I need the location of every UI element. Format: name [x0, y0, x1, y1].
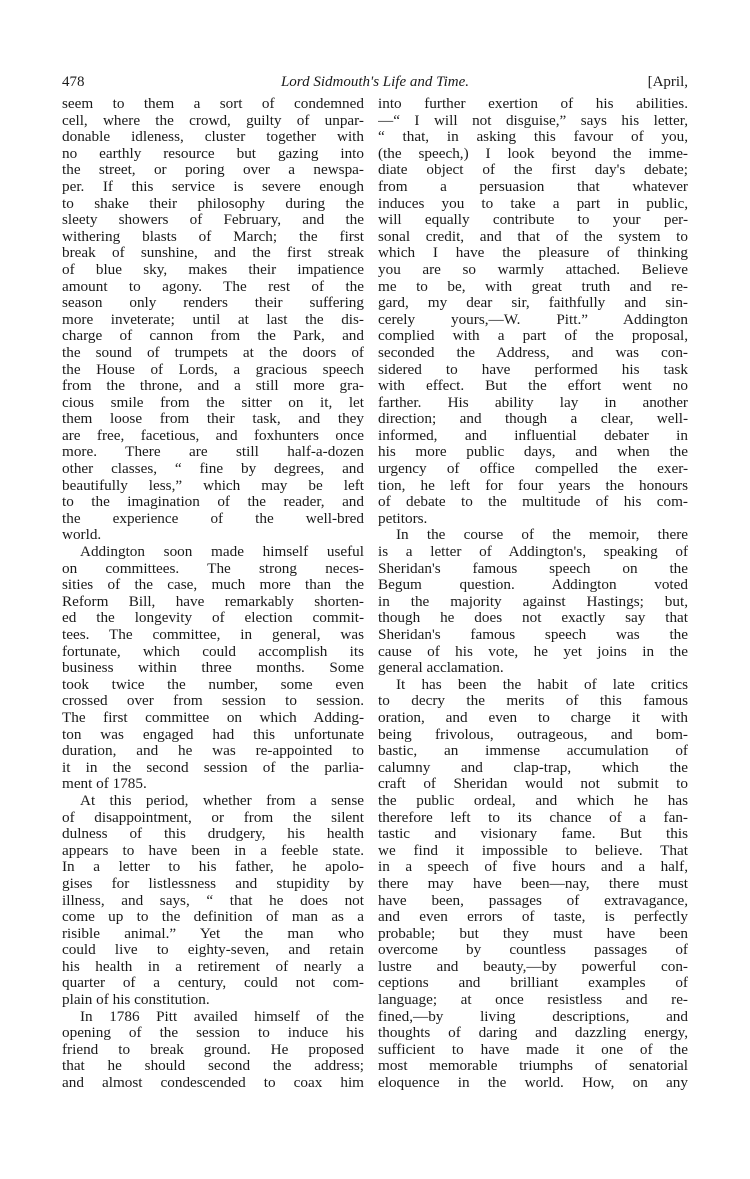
text-line: tion, he left for four years the honours [378, 478, 688, 495]
text-line: oration, and even to charge it with [378, 710, 688, 727]
text-line: Sheridan's famous speech on the [378, 561, 688, 578]
text-line: informed, and influential debater in [378, 428, 688, 445]
text-line: lustre and beauty,—by powerful con- [378, 959, 688, 976]
text-line: fined,—by living descriptions, and [378, 1009, 688, 1026]
text-line: it in the second session of the parlia- [62, 760, 364, 777]
running-month: [April, [648, 72, 688, 92]
text-line: fortunate, which could accomplish its [62, 644, 364, 661]
text-line: tastic and visionary fame. But this [378, 826, 688, 843]
text-line: cause of his vote, he yet joins in the [378, 644, 688, 661]
text-line: seconded the Address, and was con- [378, 345, 688, 362]
text-line: diate object of the first day's debate; [378, 162, 688, 179]
right-column: into further exertion of his abilities.—… [378, 96, 688, 1092]
text-line: them loose from their task, and they [62, 411, 364, 428]
text-line: therefore left to its chance of a fan- [378, 810, 688, 827]
text-line: appears to have been in a feeble state. [62, 843, 364, 860]
text-line: dulness of this drudgery, his health [62, 826, 364, 843]
text-line: the street, or poring over a newspa- [62, 162, 364, 179]
text-line: the experience of the well-bred [62, 511, 364, 528]
text-line: season only renders their suffering [62, 295, 364, 312]
text-line: cerely yours,—W. Pitt.” Addington [378, 312, 688, 329]
text-line: probable; but they must have been [378, 926, 688, 943]
text-line: petitors. [378, 511, 688, 528]
text-line: gard, my dear sir, faithfully and sin- [378, 295, 688, 312]
text-line: of blue sky, makes their impatience [62, 262, 364, 279]
text-line: to decry the merits of this famous [378, 693, 688, 710]
text-line: break of sunshine, and the first streak [62, 245, 364, 262]
text-line: (the speech,) I look beyond the imme- [378, 146, 688, 163]
text-line: Addington soon made himself useful [62, 544, 364, 561]
text-line: will equally contribute to your per- [378, 212, 688, 229]
text-line: the public ordeal, and which he has [378, 793, 688, 810]
text-line: are free, facetious, and foxhunters once [62, 428, 364, 445]
text-line: gises for listlessness and stupidity by [62, 876, 364, 893]
text-line: language; at once resistless and re- [378, 992, 688, 1009]
text-line: his health in a retirement of nearly a [62, 959, 364, 976]
text-line: urgency of office compelled the exer- [378, 461, 688, 478]
text-line: we find it impossible to believe. That [378, 843, 688, 860]
text-line: In a letter to his father, he apolo- [62, 859, 364, 876]
text-line: world. [62, 527, 364, 544]
text-line: sufficient to have made it one of the [378, 1042, 688, 1059]
page-header: 478 Lord Sidmouth's Life and Time. [Apri… [62, 72, 688, 92]
text-line: plain of his constitution. [62, 992, 364, 1009]
text-line: induces you to take a part in public, [378, 196, 688, 213]
text-line: and almost condescended to coax him [62, 1075, 364, 1092]
text-line: business within three months. Some [62, 660, 364, 677]
text-line: eloquence in the world. How, on any [378, 1075, 688, 1092]
text-line: me to be, with great truth and re- [378, 279, 688, 296]
text-line: and even errors of taste, is perfectly [378, 909, 688, 926]
text-line: other classes, “ fine by degrees, and [62, 461, 364, 478]
text-line: In the course of the memoir, there [378, 527, 688, 544]
text-line: took twice the number, some even [62, 677, 364, 694]
text-line: from the throne, and a still more gra- [62, 378, 364, 395]
text-line: crossed over from session to session. [62, 693, 364, 710]
text-line: that he should second the address; [62, 1058, 364, 1075]
text-line: calumny and clap-trap, which the [378, 760, 688, 777]
text-line: per. If this service is severe enough [62, 179, 364, 196]
text-line: general acclamation. [378, 660, 688, 677]
text-line: cell, where the crowd, guilty of unpar- [62, 113, 364, 130]
text-line: Sheridan's famous speech was the [378, 627, 688, 644]
text-line: sonal credit, and that of the system to [378, 229, 688, 246]
text-line: on committees. The strong neces- [62, 561, 364, 578]
text-line: his more public days, and when the [378, 444, 688, 461]
text-line: The first committee on which Adding- [62, 710, 364, 727]
text-line: the House of Lords, a gracious speech [62, 362, 364, 379]
text-line: craft of Sheridan would not submit to [378, 776, 688, 793]
text-line: there may have been—nay, there must [378, 876, 688, 893]
text-line: overcome by countless passages of [378, 942, 688, 959]
text-line: Reform Bill, have remarkably shorten- [62, 594, 364, 611]
text-line: more inveterate; until at last the dis- [62, 312, 364, 329]
text-line: come up to the definition of man as a [62, 909, 364, 926]
text-line: complied with a part of the proposal, [378, 328, 688, 345]
text-line: more. There are still half-a-dozen [62, 444, 364, 461]
text-line: to the imagination of the reader, and [62, 494, 364, 511]
running-title: Lord Sidmouth's Life and Time. [62, 72, 688, 92]
text-line: no earthly resource but gazing into [62, 146, 364, 163]
text-line: amount to agony. The rest of the [62, 279, 364, 296]
text-line: of debate to the multitude of his com- [378, 494, 688, 511]
text-line: though he does not exactly say that [378, 610, 688, 627]
text-line: donable idleness, cluster together with [62, 129, 364, 146]
text-line: from a persuasion that whatever [378, 179, 688, 196]
text-line: duration, and he was re-appointed to [62, 743, 364, 760]
text-line: opening of the session to induce his [62, 1025, 364, 1042]
text-line: bastic, an immense accumulation of [378, 743, 688, 760]
text-line: withering blasts of March; the first [62, 229, 364, 246]
text-line: “ that, in asking this favour of you, [378, 129, 688, 146]
text-line: It has been the habit of late critics [378, 677, 688, 694]
text-line: ment of 1785. [62, 776, 364, 793]
text-line: —“ I will not disguise,” says his letter… [378, 113, 688, 130]
text-line: could live to eighty-seven, and retain [62, 942, 364, 959]
text-line: which I have the pleasure of thinking [378, 245, 688, 262]
text-line: with effect. But the effort went no [378, 378, 688, 395]
text-line: ed the longevity of election commit- [62, 610, 364, 627]
text-line: thoughts of daring and dazzling energy, [378, 1025, 688, 1042]
text-line: being frivolous, outrageous, and bom- [378, 727, 688, 744]
text-line: At this period, whether from a sense [62, 793, 364, 810]
text-line: seem to them a sort of condemned [62, 96, 364, 113]
text-line: in a speech of five hours and a half, [378, 859, 688, 876]
text-line: sities of the case, much more than the [62, 577, 364, 594]
text-line: quarter of a century, could not com- [62, 975, 364, 992]
text-line: have been, passages of extravagance, [378, 893, 688, 910]
text-line: ton was engaged had this unfortunate [62, 727, 364, 744]
left-column: seem to them a sort of condemnedcell, wh… [62, 96, 364, 1092]
text-line: charge of cannon from the Park, and [62, 328, 364, 345]
text-line: sleety showers of February, and the [62, 212, 364, 229]
text-line: sidered to have performed his task [378, 362, 688, 379]
text-line: illness, and says, “ that he does not [62, 893, 364, 910]
text-line: direction; and though a clear, well- [378, 411, 688, 428]
text-line: most memorable triumphs of senatorial [378, 1058, 688, 1075]
text-line: farther. His ability lay in another [378, 395, 688, 412]
text-line: In 1786 Pitt availed himself of the [62, 1009, 364, 1026]
text-line: cious smile from the sitter on it, let [62, 395, 364, 412]
text-line: ceptions and brilliant examples of [378, 975, 688, 992]
text-line: is a letter of Addington's, speaking of [378, 544, 688, 561]
text-line: friend to break ground. He proposed [62, 1042, 364, 1059]
text-line: risible animal.” Yet the man who [62, 926, 364, 943]
text-line: Begum question. Addington voted [378, 577, 688, 594]
text-line: beautifully less,” which may be left [62, 478, 364, 495]
text-line: tees. The committee, in general, was [62, 627, 364, 644]
text-line: into further exertion of his abilities. [378, 96, 688, 113]
text-line: of disappointment, or from the silent [62, 810, 364, 827]
text-line: to shake their philosophy during the [62, 196, 364, 213]
text-line: the sound of trumpets at the doors of [62, 345, 364, 362]
text-line: in the majority against Hastings; but, [378, 594, 688, 611]
text-line: you are so warmly attached. Believe [378, 262, 688, 279]
